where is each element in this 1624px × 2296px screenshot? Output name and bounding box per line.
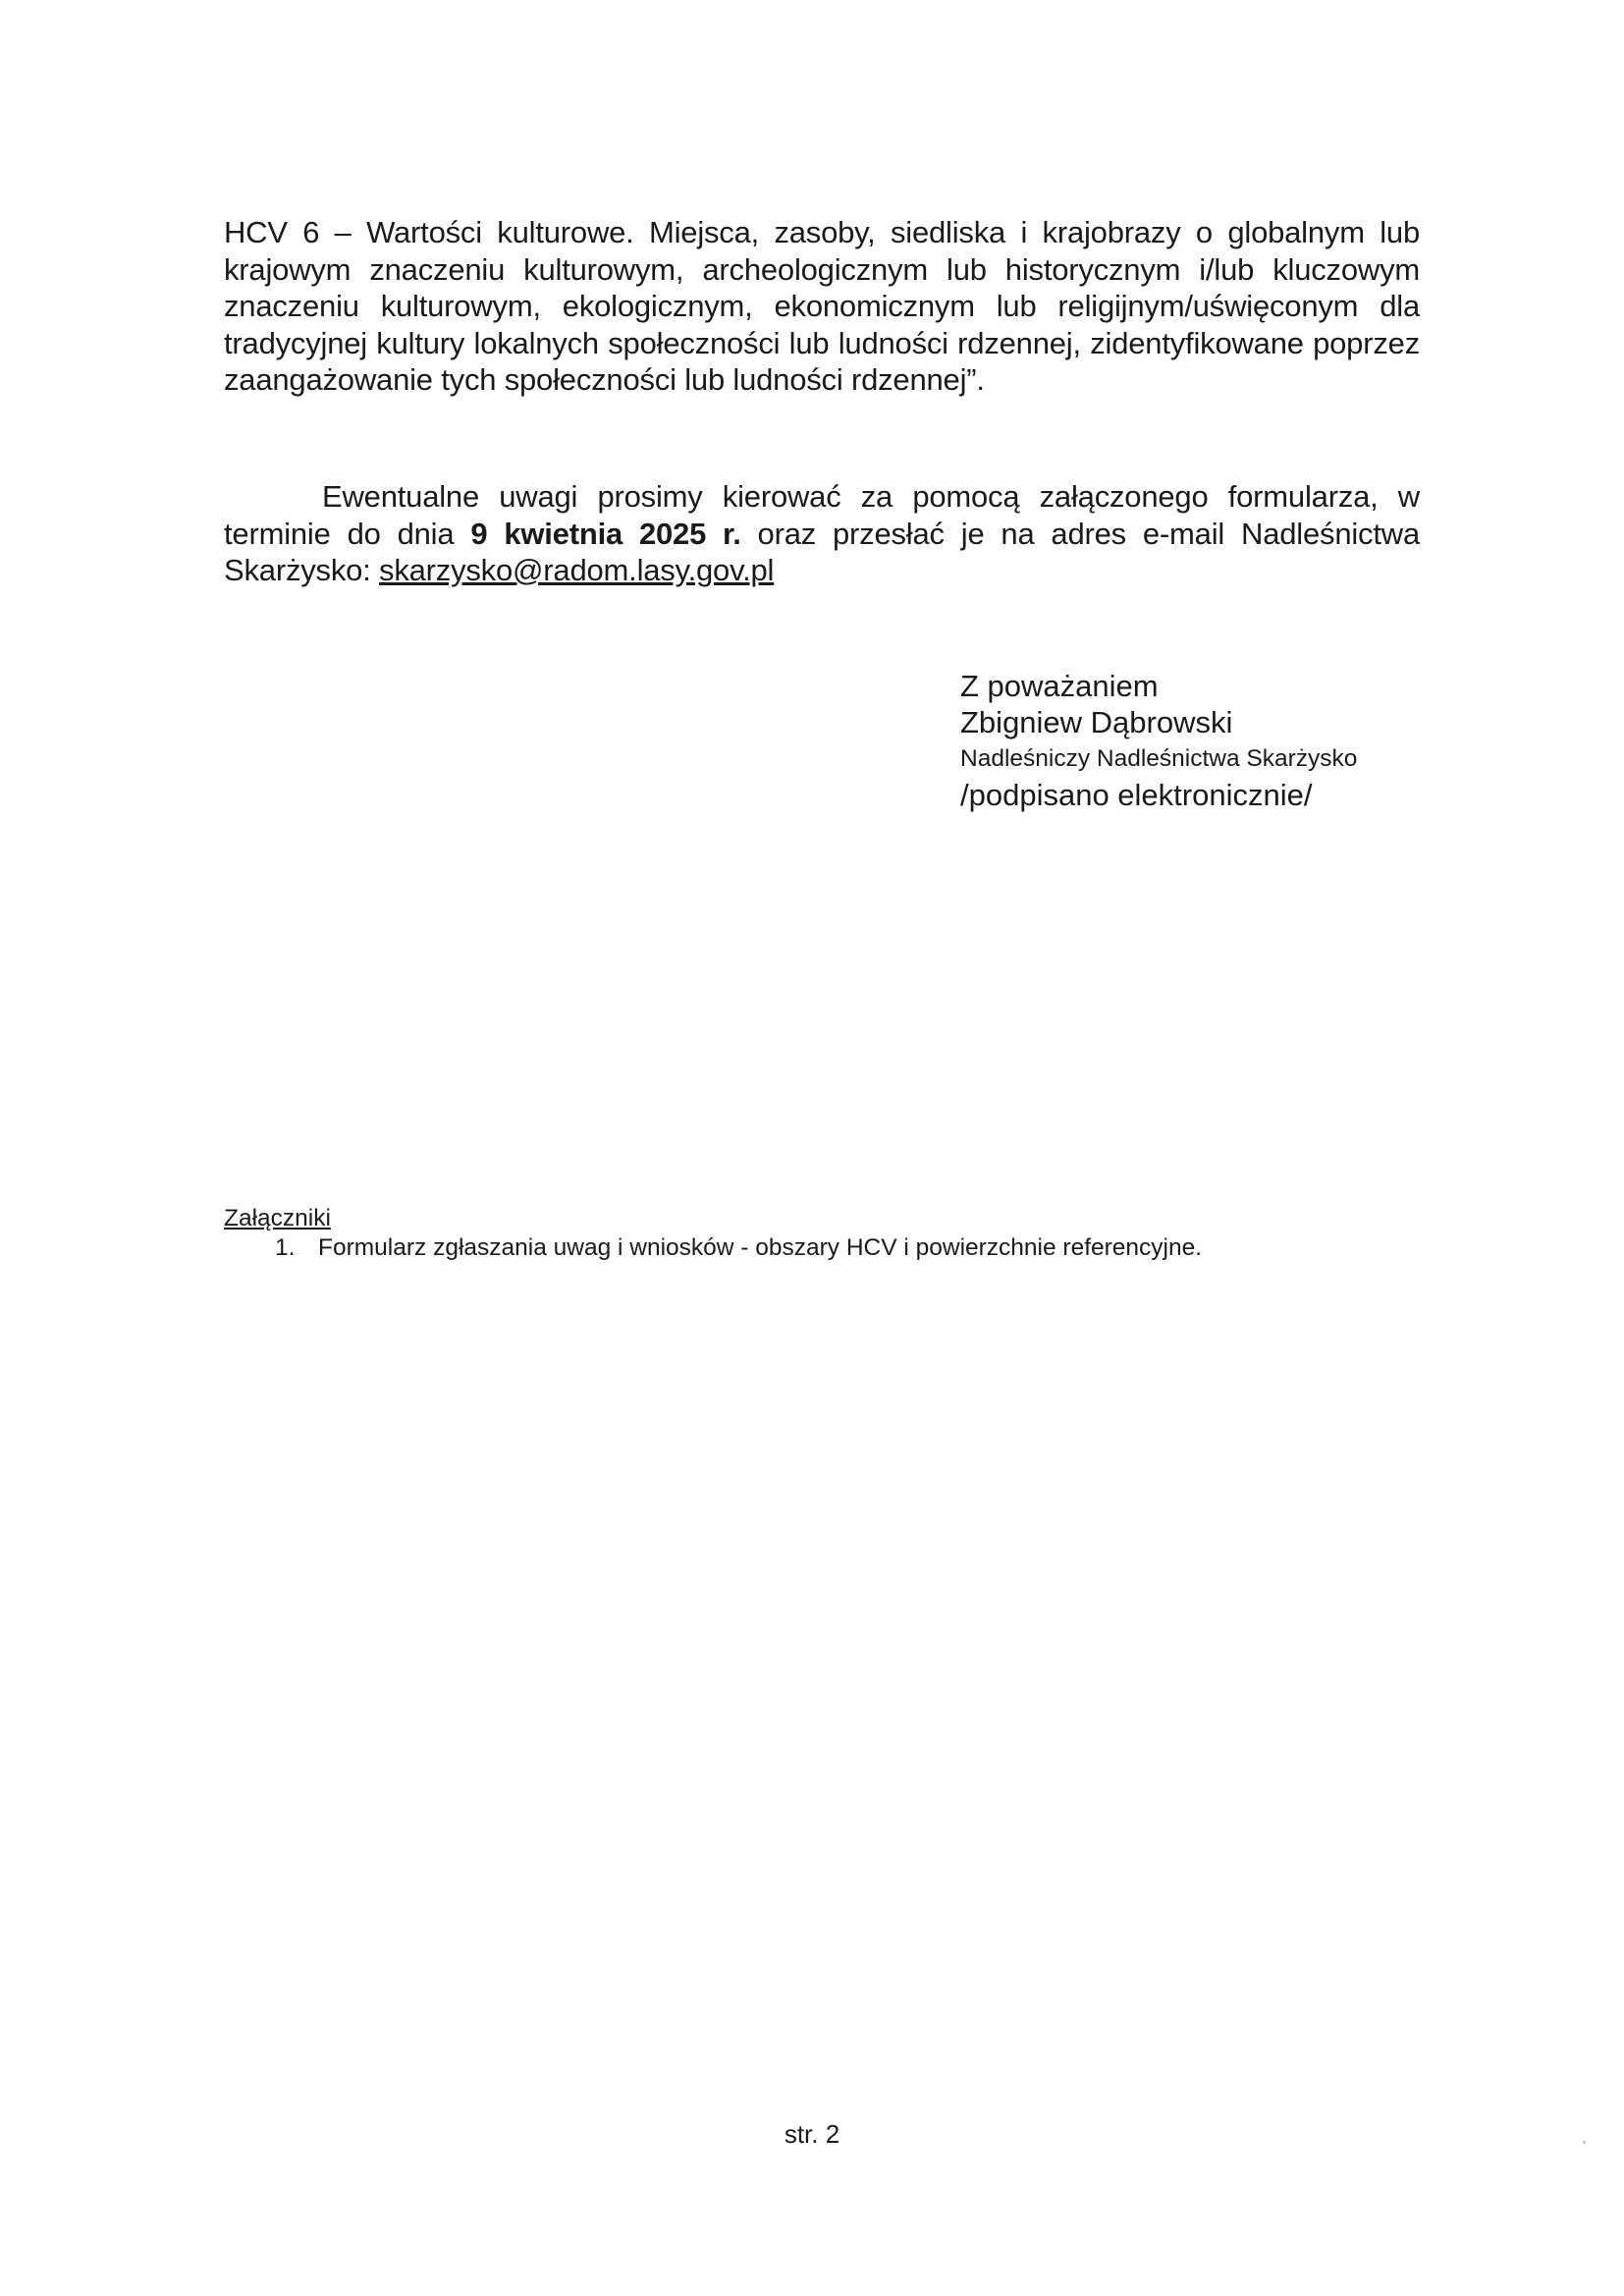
scan-speck: [1583, 2141, 1586, 2144]
document-page: HCV 6 – Wartości kulturowe. Miejsca, zas…: [0, 0, 1624, 2296]
remarks-paragraph: Ewentualne uwagi prosimy kierować za pom…: [224, 478, 1420, 589]
closing-salutation: Z poważaniem: [960, 668, 1357, 704]
attachment-item: 1. Formularz zgłaszania uwag i wniosków …: [224, 1233, 1202, 1263]
deadline-date: 9 kwietnia 2025 r.: [470, 517, 740, 551]
attachment-number: 1.: [275, 1233, 318, 1263]
signatory-title: Nadleśniczy Nadleśnictwa Skarżysko: [960, 740, 1357, 777]
attachments-heading: Załączniki: [224, 1204, 1202, 1233]
email-link[interactable]: skarzysko@radom.lasy.gov.pl: [379, 553, 774, 587]
attachments-section: Załączniki 1. Formularz zgłaszania uwag …: [224, 1204, 1202, 1263]
page-number: str. 2: [0, 2119, 1624, 2150]
signature-note: /podpisano elektronicznie/: [960, 777, 1357, 813]
attachment-text: Formularz zgłaszania uwag i wniosków - o…: [318, 1233, 1202, 1263]
signatory-name: Zbigniew Dąbrowski: [960, 704, 1357, 740]
signature-block: Z poważaniem Zbigniew Dąbrowski Nadleśni…: [960, 668, 1357, 813]
hcv6-paragraph: HCV 6 – Wartości kulturowe. Miejsca, zas…: [224, 214, 1420, 399]
